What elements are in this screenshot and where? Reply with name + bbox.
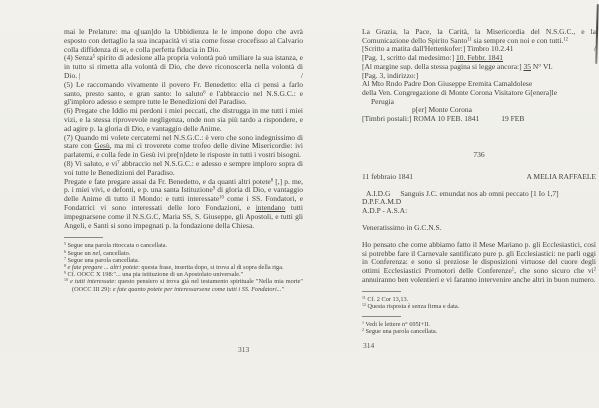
footnote-separator-upper bbox=[362, 291, 401, 292]
left-page-footnotes: 5 Segue una parola ritoccata o cancellat… bbox=[64, 242, 303, 292]
body-paragraph-closing: Pregate e fate pregare assai da Fr. Bene… bbox=[64, 178, 303, 231]
left-page-body: mai le Prelature: ma q[uan]do la Ubbidie… bbox=[64, 28, 303, 230]
footnote-2: 2 Segue una parola cancellata. bbox=[362, 328, 596, 335]
footnote-6: 6 Segue un nel, cancellato. bbox=[64, 250, 303, 257]
letter-header: La Grazia, la Pace, la Carità, la Miseri… bbox=[362, 28, 596, 124]
header-blessing: La Grazia, la Pace, la Carità, la Miseri… bbox=[362, 28, 596, 45]
footnote-10: 10 e tutti interessate: questo pensiero … bbox=[64, 278, 303, 292]
page-number-left: 313 bbox=[238, 345, 249, 354]
footnote-separator-lower bbox=[362, 316, 401, 317]
right-page-footnotes-lower: 1 Vedi le lettere n° 695I+II. 2 Segue un… bbox=[362, 321, 596, 335]
body-paragraph-8: (8) Vi saluto, e vi7 abbraccio nel N.S.G… bbox=[64, 160, 303, 178]
footnote-7: 7 Segue una parola cancellata. bbox=[64, 257, 303, 264]
body-paragraph-4: (4) Senza5 spirito di adesione alla prop… bbox=[64, 54, 303, 80]
scan-artifact-line bbox=[595, 4, 598, 64]
footnote-5: 5 Segue una parola ritoccata o cancellat… bbox=[64, 242, 303, 249]
letter-body-paragraph: Ho pensato che come abbiamo fatto il Mes… bbox=[362, 241, 596, 285]
right-page: La Grazia, la Pace, la Carità, la Miseri… bbox=[362, 28, 596, 336]
footnote-12: 12 Questa risposta è senza firma e data. bbox=[362, 303, 596, 310]
body-paragraph-5: (5) Le raccomando vivamente il povero Fr… bbox=[64, 81, 303, 107]
date-row: 11 febbraio 1841 A MELIA RAFFAELE bbox=[362, 172, 596, 181]
body-paragraph-continuation: mai le Prelature: ma q[uan]do la Ubbidie… bbox=[64, 28, 303, 54]
header-postmarks: [Timbri postali:] ROMA 10 FEB. 184119 FE… bbox=[362, 115, 596, 124]
right-page-footnotes-upper: 11 Cf. 2 Cor 13,13. 12 Questa risposta è… bbox=[362, 296, 596, 310]
page-number-right: 314 bbox=[363, 341, 374, 350]
invocation-line-3: A.D.P - A.S.A: bbox=[362, 207, 596, 216]
footnote-separator bbox=[64, 237, 103, 238]
letter-addressee: A MELIA RAFFAELE bbox=[527, 172, 596, 181]
letter-number: 736 bbox=[362, 150, 596, 159]
body-paragraph-6: (6) Pregate che Iddio mi perdoni i miei … bbox=[64, 107, 303, 133]
invocation-block: A.I.D.GSanguis J.C. emundat nos ab omni … bbox=[362, 190, 596, 216]
header-address-line-2: della Ven. Congregazione di Monte Corona… bbox=[362, 89, 596, 98]
salutation: Veneratissimo in G.C.N.S. bbox=[362, 223, 596, 232]
left-page: mai le Prelature: ma q[uan]do la Ubbidie… bbox=[64, 28, 303, 293]
header-address-city: Perugia bbox=[362, 98, 596, 107]
footnote-11: 11 Cf. 2 Cor 13,13. bbox=[362, 296, 596, 303]
letter-date: 11 febbraio 1841 bbox=[362, 172, 413, 181]
body-paragraph-7: (7) Quando mi volete cercatemi nel N.S.G… bbox=[64, 134, 303, 160]
